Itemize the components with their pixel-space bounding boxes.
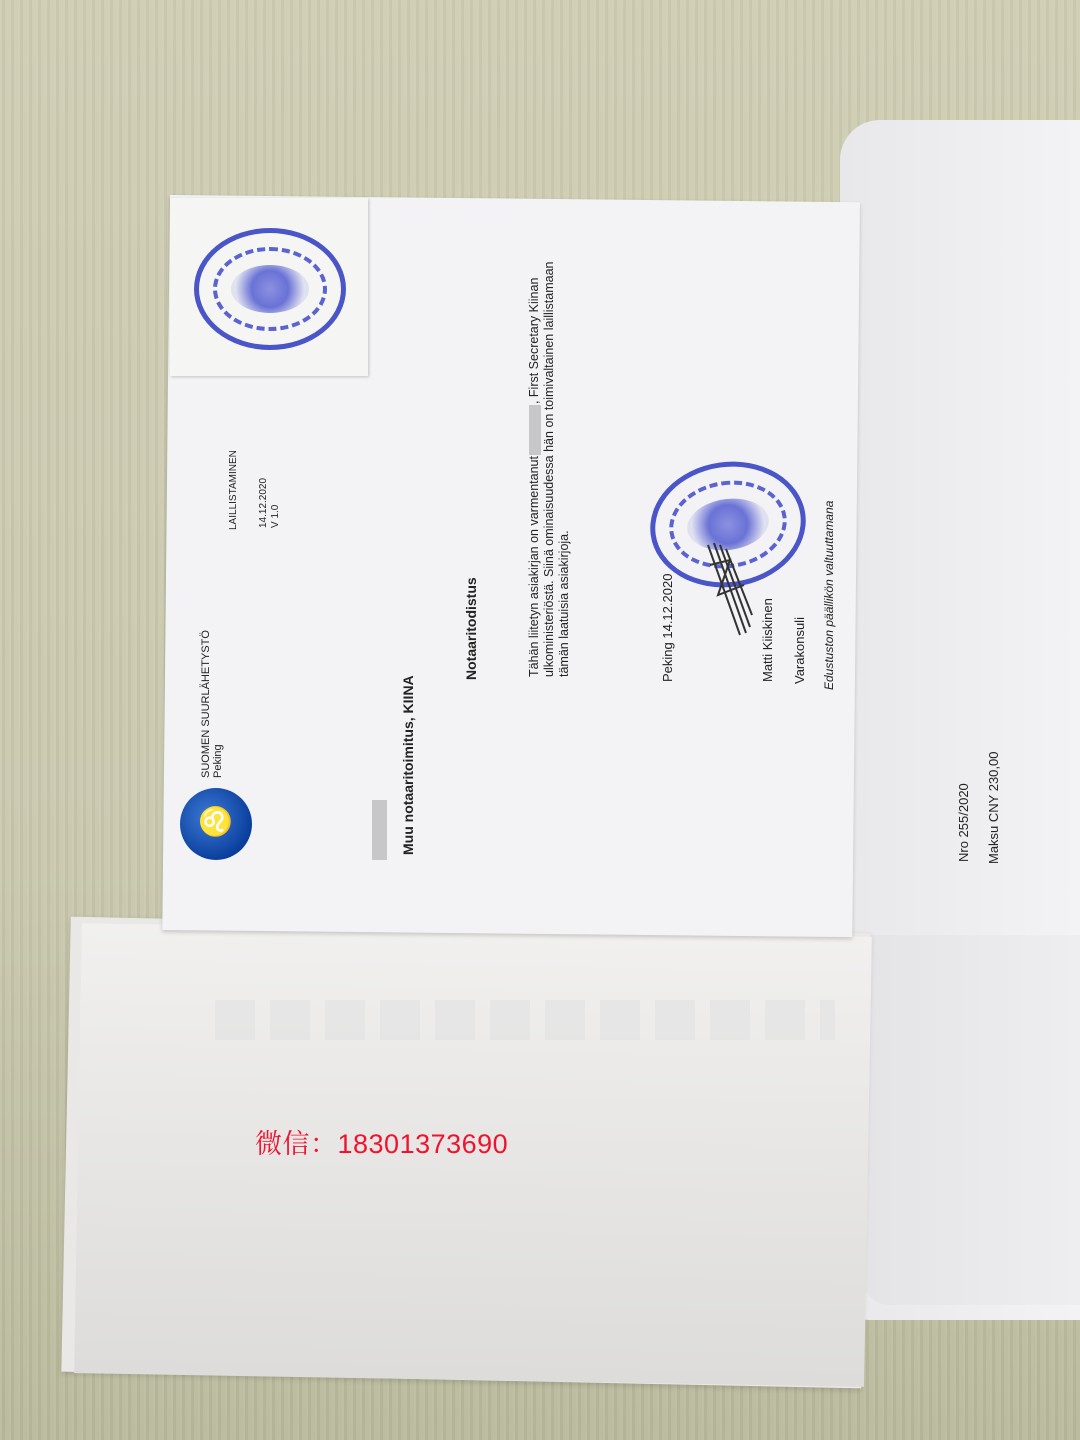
lion-icon: ♌ [198,808,233,836]
body-line-2: ulkoministeriöstä. Siinä ominaisuudessa … [542,262,557,678]
signer-authority: Edustuston päällikön valtuuttamana [822,501,836,690]
body-line-3: tämän laatuisia asiakirjoja. [557,262,572,678]
certificate-title: Notaaritodistus [463,577,479,680]
org-name: SUOMEN SUURLÄHETYSTÖ [200,630,212,778]
faint-bleedthrough-text [215,1000,835,1040]
doc-type: LAILLISTAMINEN [228,450,239,530]
embassy-stamp-top [194,228,346,350]
org-city: Peking [212,630,224,778]
finland-coat-of-arms-logo: ♌ [180,788,252,860]
contact-watermark: 微信：18301373690 [255,1122,508,1161]
recipient: Muu notaaritoimitus, KIINA [400,675,416,855]
body-line-1b: , First Secretary Kiinan [527,278,541,404]
doc-date: 14.12.2020 [258,478,270,528]
redacted-name [372,800,387,860]
stamp-slip [170,198,368,376]
signer-name: Matti Kiiskinen [760,598,775,682]
body-line-1: Tähän liitetyn asiakirjan on varmentanut [527,456,541,677]
letterhead-org: SUOMEN SUURLÄHETYSTÖ Peking [200,630,224,778]
watermark-label: 微信： [255,1129,338,1159]
certificate-body: Tähän liitetyn asiakirjan on varmentanut… [527,262,572,678]
right-page-lower [862,935,1080,1305]
signature [700,535,760,645]
letterhead-meta: 14.12.2020 V 1.0 [258,478,282,528]
fee: Maksu CNY 230,00 [986,752,1001,865]
document-number: Nro 255/2020 [956,783,971,862]
place-date: Peking 14.12.2020 [660,574,675,682]
watermark-number: 18301373690 [338,1129,509,1159]
signer-role: Varakonsuli [792,617,807,684]
redacted-official [529,405,541,455]
doc-version: V 1.0 [270,478,282,528]
